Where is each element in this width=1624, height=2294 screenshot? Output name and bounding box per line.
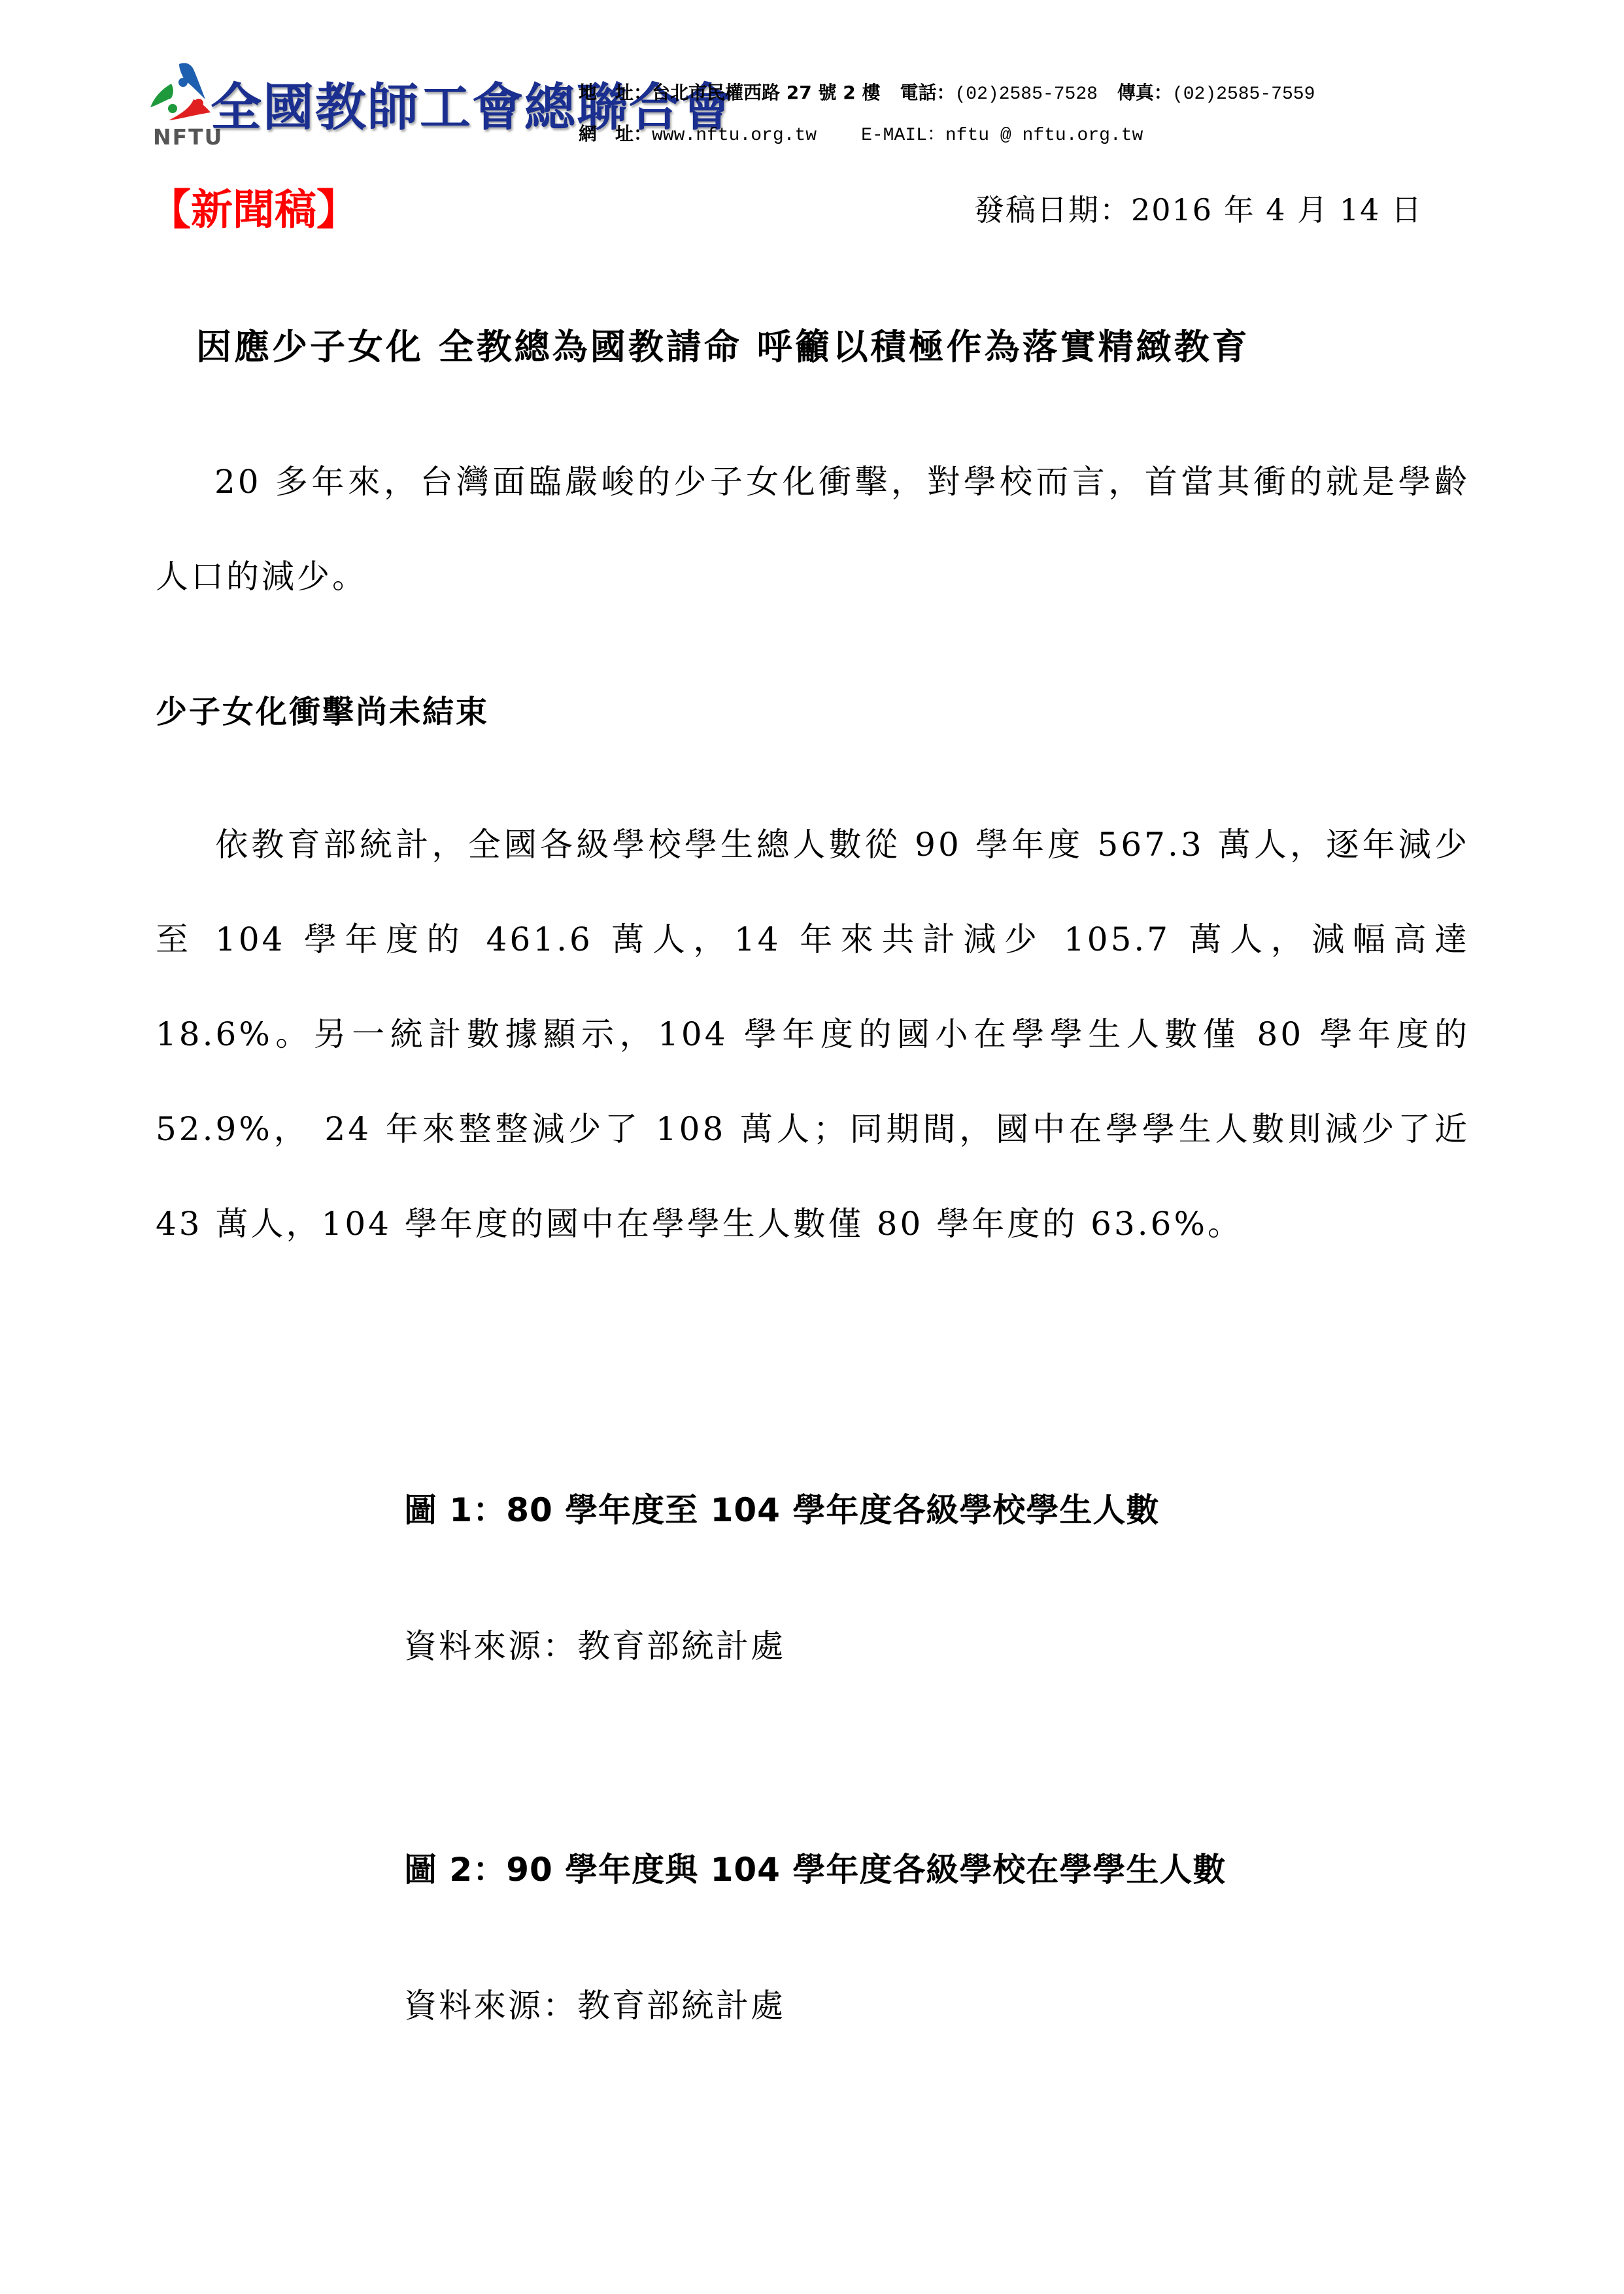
- headline: 因應少子女化 全教總為國教請命 呼籲以積極作為落實精緻教育: [196, 319, 1250, 369]
- address-value: 台北市民權西路 27 號 2 樓: [652, 82, 880, 103]
- fax-value: (02)2585-7559: [1172, 84, 1315, 105]
- address-label: 地 址：: [579, 82, 652, 103]
- intro-paragraph-text: 20 多年來，台灣面臨嚴峻的少子女化衝擊，對學校而言，首當其衝的就是學齡人口的減…: [156, 463, 1470, 596]
- website-label: 網 址：: [579, 123, 652, 144]
- email-link[interactable]: nftu @ nftu.org.tw: [945, 126, 1143, 146]
- contact-row-address: 地 址：台北市民權西路 27 號 2 樓電話：(02)2585-7528傳真：(…: [579, 73, 1315, 114]
- figure-1-source: 資料來源：教育部統計處: [404, 1620, 785, 1667]
- contact-row-web: 網 址：www.nftu.org.twE-MAIL：nftu @ nftu.or…: [579, 114, 1315, 156]
- contact-info: 地 址：台北市民權西路 27 號 2 樓電話：(02)2585-7528傳真：(…: [579, 73, 1315, 156]
- intro-paragraph: 20 多年來，台灣面臨嚴峻的少子女化衝擊，對學校而言，首當其衝的就是學齡人口的減…: [156, 435, 1470, 624]
- section-heading: 少子女化衝擊尚未結束: [156, 686, 489, 732]
- press-release-tag: 【新聞稿】: [149, 177, 358, 237]
- section-paragraph: 依教育部統計，全國各級學校學生總人數從 90 學年度 567.3 萬人，逐年減少…: [156, 798, 1470, 1272]
- email-label: E-MAIL：: [861, 126, 945, 146]
- nftu-logo: NFTU 全國教師工會總聯合會: [145, 60, 544, 152]
- fax-label: 傳真：: [1117, 82, 1172, 103]
- section-paragraph-text: 依教育部統計，全國各級學校學生總人數從 90 學年度 567.3 萬人，逐年減少…: [156, 826, 1470, 1243]
- phone-value: (02)2585-7528: [955, 84, 1097, 105]
- website-link[interactable]: www.nftu.org.tw: [652, 126, 817, 146]
- figure-1-title: 圖 1：80 學年度至 104 學年度各級學校學生人數: [404, 1484, 1159, 1531]
- release-date: 發稿日期：2016 年 4 月 14 日: [974, 186, 1423, 229]
- phone-label: 電話：: [900, 82, 955, 103]
- figure-2-title: 圖 2：90 學年度與 104 學年度各級學校在學學生人數: [404, 1844, 1226, 1891]
- figure-2-source: 資料來源：教育部統計處: [404, 1980, 785, 2027]
